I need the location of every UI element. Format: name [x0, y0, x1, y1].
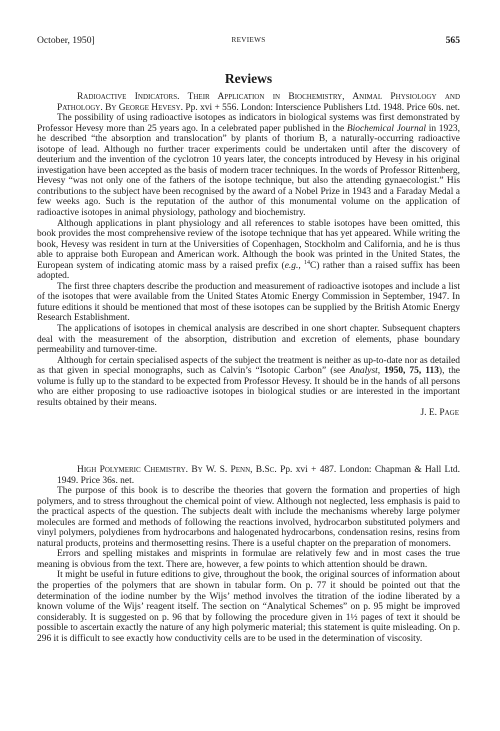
review-paragraph: The applications of isotopes in chemical…: [37, 324, 460, 356]
review-heading: Radioactive Indicators. Their Applicatio…: [37, 92, 460, 113]
page-number: 565: [446, 35, 460, 46]
paragraph-text: in 1923, he described “the absorption an…: [37, 124, 460, 218]
review-radioactive-indicators: Radioactive Indicators. Their Applicatio…: [37, 92, 460, 419]
review-paragraph: Although applications in plant physiolog…: [37, 219, 460, 282]
book-title: High Polymeric Chemistry.: [77, 465, 188, 475]
review-paragraph: The first three chapters describe the pr…: [37, 282, 460, 324]
review-paragraph: The possibility of using radioactive iso…: [37, 113, 460, 218]
running-head-title: REVIEWS: [37, 36, 460, 44]
review-paragraph: Errors and spelling mistakes and misprin…: [37, 549, 460, 570]
review-high-polymeric-chemistry: High Polymeric Chemistry. By W. S. Penn,…: [37, 465, 460, 644]
review-paragraph: It might be useful in future editions to…: [37, 570, 460, 644]
review-heading: High Polymeric Chemistry. By W. S. Penn,…: [37, 465, 460, 486]
reviewer-signature: J. E. Page: [37, 408, 460, 419]
section-title: Reviews: [37, 71, 460, 87]
review-paragraph: Although for certain specialised aspects…: [37, 356, 460, 409]
citation: 1950, 75, 113: [384, 366, 439, 376]
book-author: By George Hevesy.: [105, 103, 183, 113]
abbreviation: e.g.,: [285, 261, 301, 271]
book-author: By W. S. Penn, B.Sc.: [191, 465, 276, 475]
running-head: October, 1950] REVIEWS 565: [37, 35, 460, 47]
book-details: Pp. xvi + 556. London: Interscience Publ…: [185, 103, 460, 113]
journal-name: Analyst,: [349, 366, 380, 376]
journal-name: Biochemical Journal: [347, 124, 426, 134]
review-paragraph: The purpose of this book is to describe …: [37, 486, 460, 549]
